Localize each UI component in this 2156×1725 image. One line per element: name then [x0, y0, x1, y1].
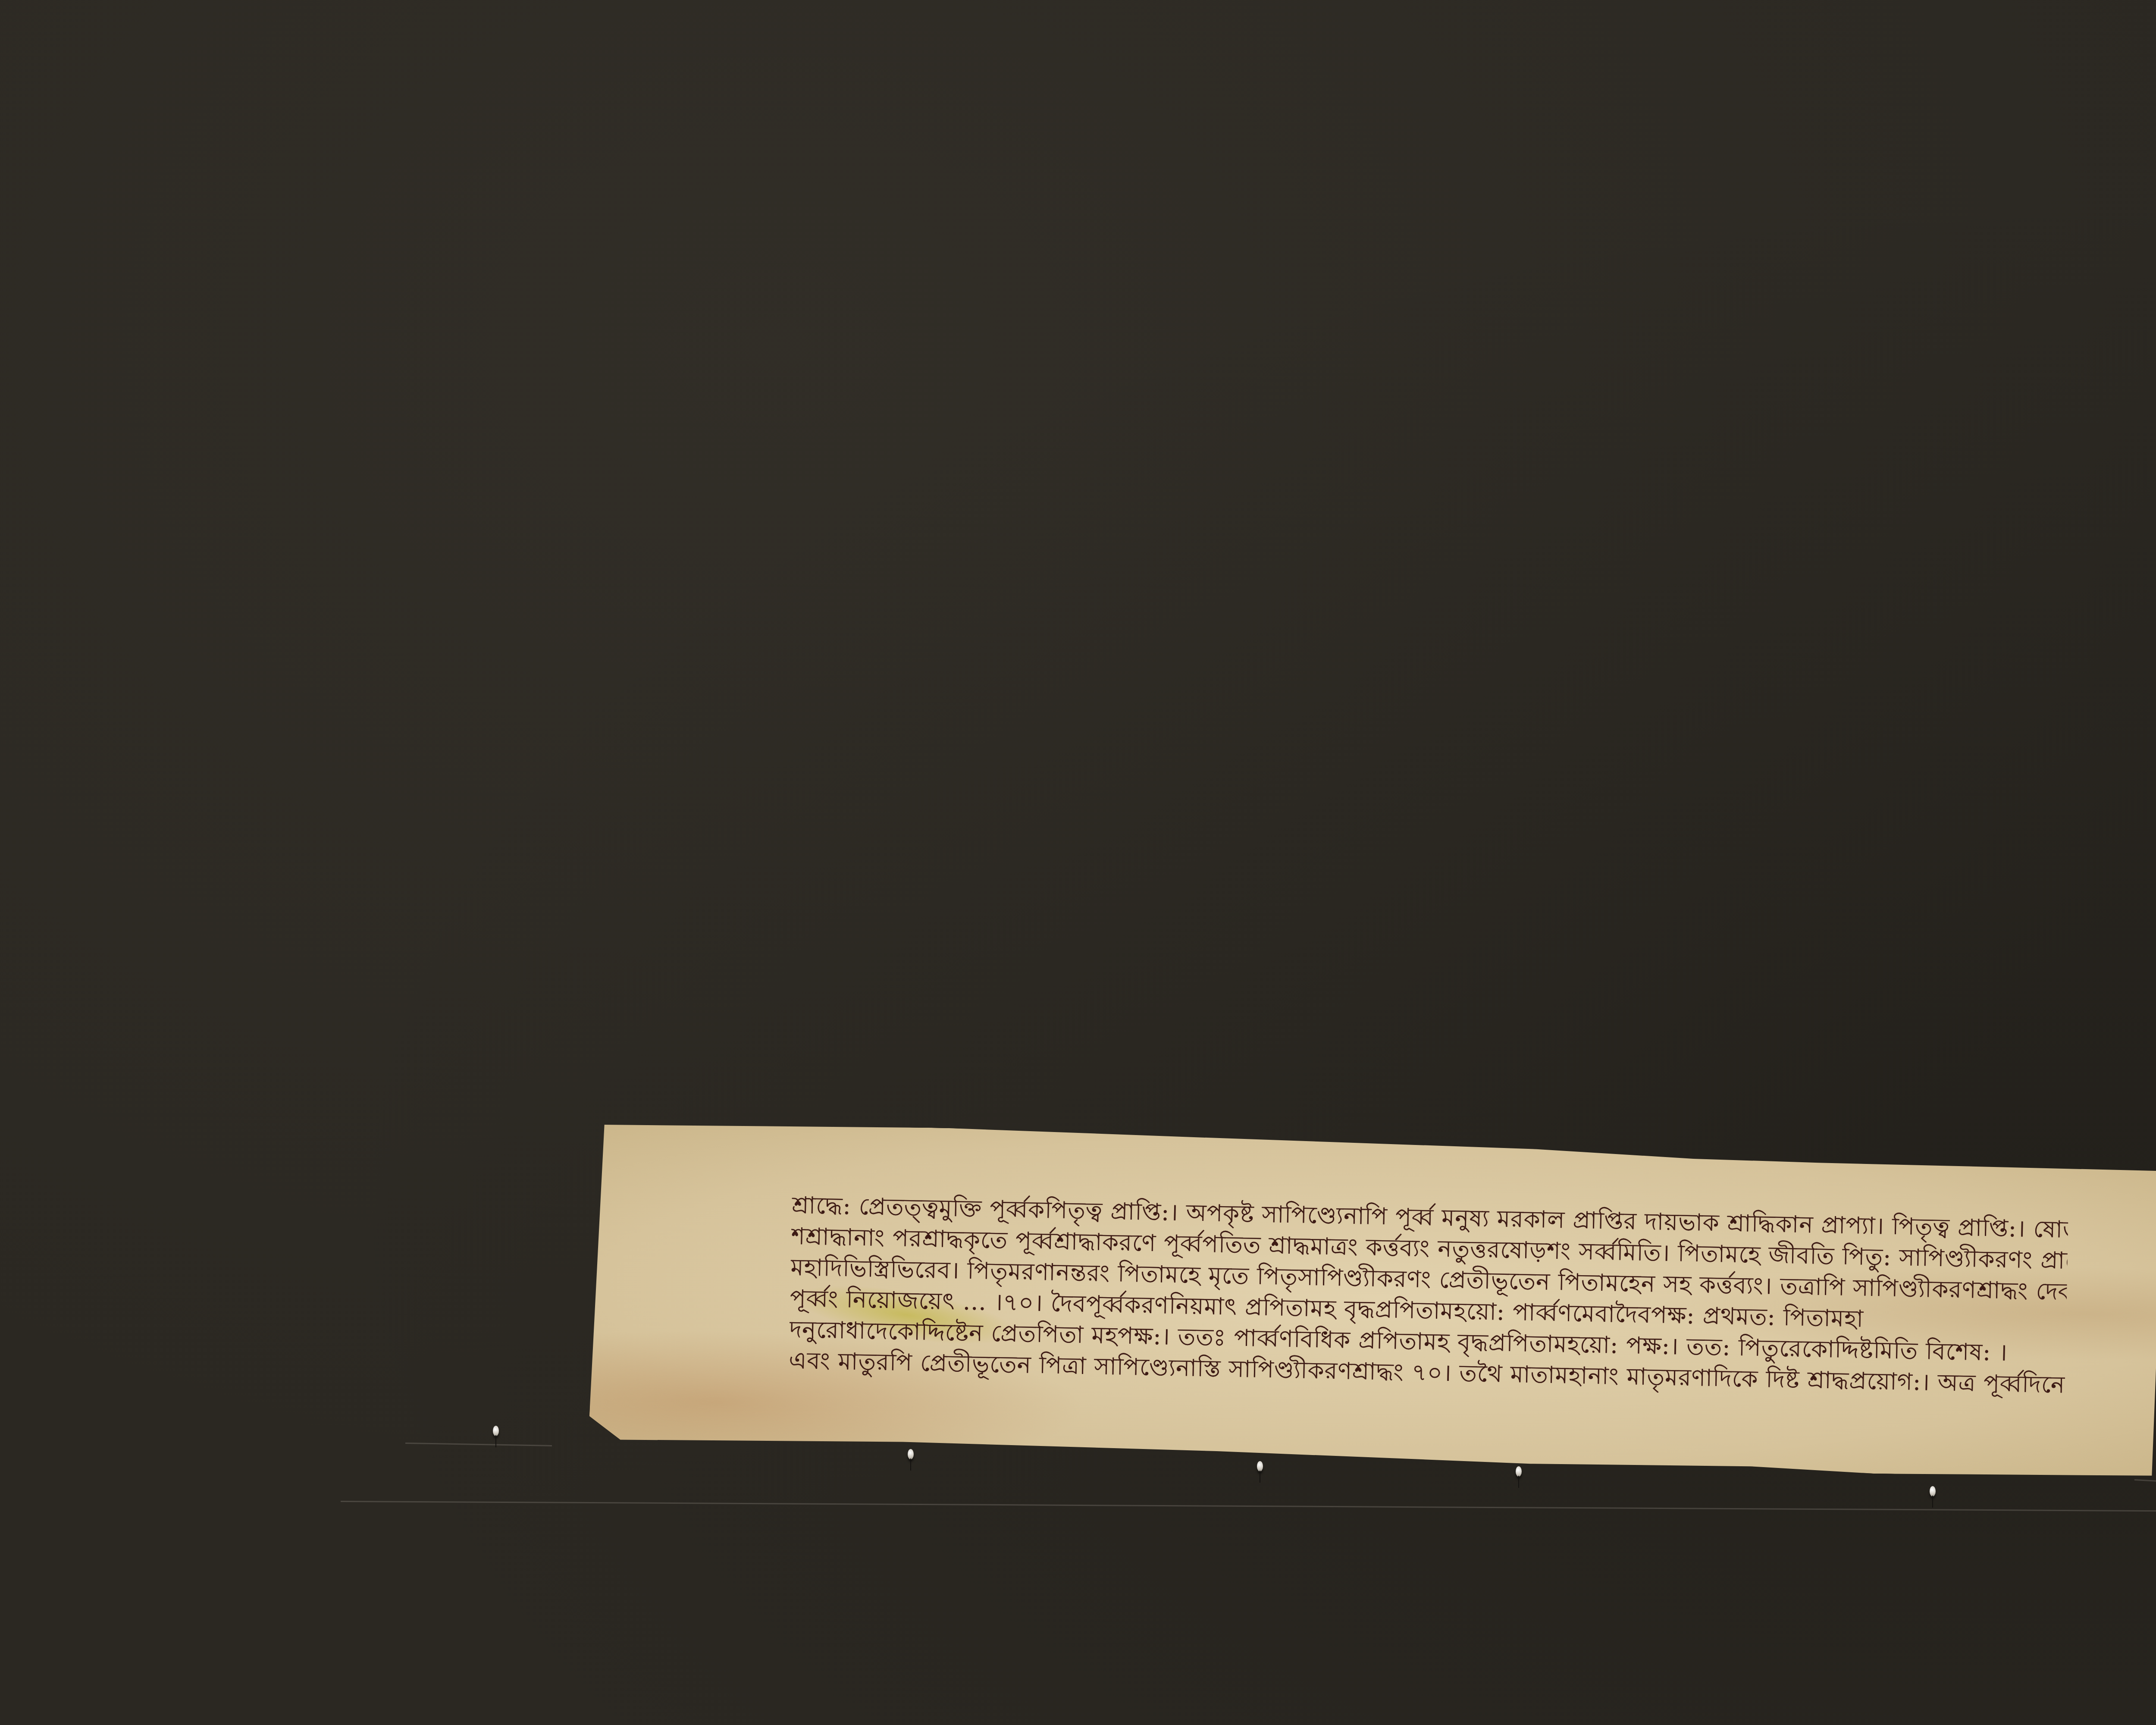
pin-icon [493, 1426, 499, 1436]
pin-icon [1930, 1486, 1936, 1496]
pin-icon [1516, 1466, 1522, 1477]
manuscript-folio: শ্রাদ্ধে: প্রেতত্ত্বমুক্তি পূর্ব্বকপিতৃত… [589, 1121, 2156, 1479]
pin-icon [908, 1449, 914, 1459]
manuscript-text: শ্রাদ্ধে: প্রেতত্ত্বমুক্তি পূর্ব্বকপিতৃত… [789, 1190, 2068, 1401]
pin-icon [1257, 1461, 1263, 1471]
